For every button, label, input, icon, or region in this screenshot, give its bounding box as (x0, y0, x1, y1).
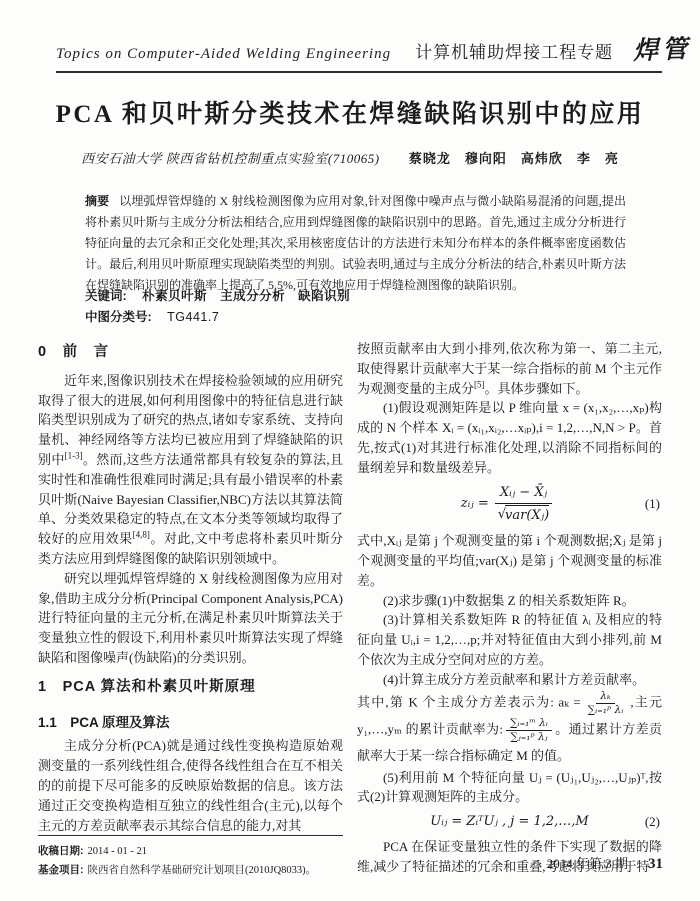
eq1-number: (1) (645, 494, 660, 514)
affiliation: 西安石油大学 陕西省钻机控制重点实验室(710065) (81, 151, 379, 166)
eq1-numerator: Xᵢⱼ − X̄ⱼ (495, 483, 552, 505)
variance-text-b: ,主元 (630, 694, 662, 709)
cum-numerator: ∑ᵢ₌₁ᵐ λᵢ (506, 717, 552, 731)
eq1-fraction: Xᵢⱼ − X̄ⱼ √var(Xⱼ) (493, 483, 554, 527)
keywords-row: 关键词: 朴素贝叶斯 主成分分析 缺陷识别 (85, 286, 626, 304)
paper-title: PCA 和贝叶斯分类技术在焊缝缺陷识别中的应用 (0, 94, 700, 130)
pca-continued-paragraph: 按照贡献率由大到小排列,依次称为第一、第二主元,取使得累计贡献率大于某一综合指标… (357, 339, 662, 398)
issue-info: 2014 年第 3 期 (547, 853, 628, 872)
eq2-body: Uᵢⱼ = ZᵢᵀUⱼ , j = 1,2,…,M (430, 812, 589, 832)
series-title-chinese: 计算机辅助焊接工程专题 (415, 38, 613, 63)
variance-contribution-paragraph: 其中,第 K 个主成分方差表示为: aₖ =λₖ∑ᵢ₌₁ᵖ λᵢ,主元y₁,…,… (357, 690, 662, 768)
intro-paragraph-1: 近年来,图像识别技术在焊接检验领域的应用研究取得了很大的进展,如何利用图像中的特… (38, 371, 343, 569)
received-date-label: 收稿日期: (38, 845, 84, 857)
step-5-paragraph: (5)利用前 M 个特征向量 Uⱼ = (Uⱼ₁,Uⱼ₂,…,Uⱼₚ)ᵀ,按式(… (357, 768, 662, 808)
keywords-label: 关键词: (85, 289, 127, 303)
step-1-paragraph: (1)假设观测矩阵是以 P 维向量 x = (x₁,x₂,…,xₚ)构成的 N … (357, 398, 662, 477)
ak-numerator: λₖ (596, 690, 615, 704)
citation-ref-1-3: [1-3] (65, 451, 83, 461)
equation-2: Uᵢⱼ = ZᵢᵀUⱼ , j = 1,2,…,M (2) (357, 812, 662, 832)
page-number: 31 (648, 856, 663, 873)
cumulative-text-a: y₁,…,yₘ 的累计贡献率为: (357, 721, 503, 736)
citation-ref-4-8: [4,8] (133, 530, 150, 540)
pca-paragraph: 主成分分析(PCA)就是通过线性变换构造原始观测变量的一系列线性组合,使得各线性… (38, 736, 343, 835)
pca-cont-text-b: 。具体步骤如下。 (485, 381, 589, 396)
clc-number: TG441.7 (167, 310, 219, 324)
cum-denominator: ∑ⱼ₌₁ᵖ λⱼ (506, 731, 551, 744)
keywords-text: 朴素贝叶斯 主成分分析 缺陷识别 (142, 289, 350, 303)
received-date-line: 收稿日期:2014 - 01 - 21 (38, 842, 343, 861)
body-columns: 0 前 言 近年来,图像识别技术在焊接检验领域的应用研究取得了很大的进展,如何利… (38, 339, 663, 874)
eq1-radicand: var(Xⱼ) (505, 505, 549, 526)
fund-project-value: 陕西省自然科学基础研究计划项目(2010JQ8033)。 (88, 865, 317, 876)
clc-label: 中图分类号: (85, 310, 152, 324)
citation-ref-5: [5] (474, 379, 485, 389)
abstract-text: 以埋弧焊管焊缝的 X 射线检测图像为应用对象,针对图像中噪声点与微小缺陷易混淆的… (85, 194, 626, 292)
section-1-1-heading: 1.1 PCA 原理及算法 (38, 713, 343, 733)
eq2-number: (2) (645, 812, 660, 832)
journal-logo-calligraphy: 焊管 (632, 29, 691, 67)
abstract-label: 摘要 (85, 194, 109, 208)
series-title-english: Topics on Computer-Aided Welding Enginee… (56, 46, 391, 63)
byline: 西安石油大学 陕西省钻机控制重点实验室(710065) 蔡晓龙 穆向阳 高炜欣 … (0, 148, 700, 167)
clc-row: 中图分类号: TG441.7 (85, 307, 626, 325)
fund-project-line: 基金项目:陕西省自然科学基础研究计划项目(2010JQ8033)。 (38, 861, 343, 880)
page-header: Topics on Computer-Aided Welding Enginee… (56, 30, 662, 73)
ak-fraction: λₖ∑ᵢ₌₁ᵖ λᵢ (584, 690, 628, 717)
equation-1: zᵢⱼ = Xᵢⱼ − X̄ⱼ √var(Xⱼ) (1) (357, 483, 662, 527)
step-4-paragraph: (4)计算主成分方差贡献率和累计方差贡献率。 (357, 670, 662, 690)
page-footer: 2014 年第 3 期 31 (547, 853, 663, 873)
step-2-paragraph: (2)求步骤(1)中数据集 Z 的相关系数矩阵 R。 (357, 591, 662, 611)
step-3-paragraph: (3)计算相关系数矩阵 R 的特征值 λᵢ 及相应的特征向量 Uᵢ,i = 1,… (357, 610, 662, 669)
ak-denominator: ∑ᵢ₌₁ᵖ λᵢ (584, 704, 628, 717)
variance-text-a: 其中,第 K 个主成分方差表示为: aₖ = (357, 694, 581, 709)
eq1-denominator: √var(Xⱼ) (493, 504, 554, 526)
paper-page: Topics on Computer-Aided Welding Enginee… (0, 0, 700, 901)
author-names: 蔡晓龙 穆向阳 高炜欣 李 亮 (409, 151, 619, 166)
abstract: 摘要以埋弧焊管焊缝的 X 射线检测图像为应用对象,针对图像中噪声点与微小缺陷易混… (85, 191, 626, 296)
section-1-heading: 1 PCA 算法和朴素贝叶斯原理 (38, 678, 343, 698)
left-column: 0 前 言 近年来,图像识别技术在焊接检验领域的应用研究取得了很大的进展,如何利… (38, 339, 343, 874)
intro-paragraph-2: 研究以埋弧焊管焊缝的 X 射线检测图像为应用对象,借助主成分分析(Princip… (38, 569, 343, 668)
footnote-block: 收稿日期:2014 - 01 - 21 基金项目:陕西省自然科学基础研究计划项目… (38, 835, 343, 880)
section-0-heading: 0 前 言 (38, 343, 343, 363)
right-column: 按照贡献率由大到小排列,依次称为第一、第二主元,取使得累计贡献率大于某一综合指标… (357, 339, 662, 874)
received-date-value: 2014 - 01 - 21 (88, 846, 148, 857)
cumulative-fraction: ∑ᵢ₌₁ᵐ λᵢ∑ⱼ₌₁ᵖ λⱼ (506, 717, 552, 744)
fund-project-label: 基金项目: (38, 864, 84, 876)
eq1-explanation: 式中,Xᵢⱼ 是第 j 个观测变量的第 i 个观测数据;X̄ⱼ 是第 j 个观测… (357, 531, 662, 590)
eq1-lhs: zᵢⱼ = (461, 494, 489, 514)
